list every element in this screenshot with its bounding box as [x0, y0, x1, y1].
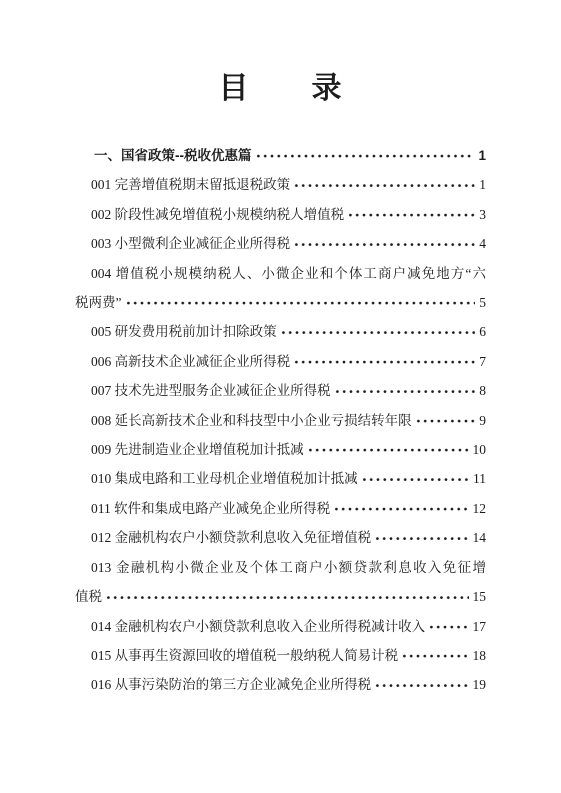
document-page: 目 录 一、国省政策--税收优惠篇 1 001 完善增值税期末留抵退税政策 1 …: [0, 0, 561, 793]
toc-entry[interactable]: 008 延长高新技术企业和科技型中小企业亏损结转年限 9: [75, 406, 486, 435]
toc-entry-text: 010 集成电路和工业母机企业增值税加计抵减: [91, 464, 358, 493]
toc-page-number: 12: [473, 494, 487, 523]
toc-page-number: 5: [479, 288, 486, 317]
toc-entry-text: 006 高新技术企业减征企业所得税: [91, 347, 290, 376]
toc-entry-text: 012 金融机构农户小额贷款利息收入免征增值税: [91, 523, 371, 552]
toc-entry[interactable]: 001 完善增值税期末留抵退税政策 1: [75, 170, 486, 199]
toc-page-number: 7: [479, 347, 486, 376]
toc-entry-line: 008 延长高新技术企业和科技型中小企业亏损结转年限 9: [75, 406, 486, 435]
toc-entry-line: 015 从事再生资源回收的增值税一般纳税人简易计税 18: [75, 641, 486, 670]
toc-page-number: 14: [473, 523, 487, 552]
toc-entry-text: 001 完善增值税期末留抵退税政策: [91, 170, 290, 199]
dot-leader: [401, 641, 468, 670]
dot-leader: [307, 435, 469, 464]
toc-entry-wrapped-line: 004 增值税小规模纳税人、小微企业和个体工商户减免地方“六: [75, 259, 486, 288]
toc-entry[interactable]: 003 小型微利企业减征企业所得税 4: [75, 229, 486, 258]
toc-entry[interactable]: 007 技术先进型服务企业减征企业所得税 8: [75, 376, 486, 405]
toc-entry-line: 002 阶段性减免增值税小规模纳税人增值税 3: [75, 200, 486, 229]
toc-page-number: 1: [478, 141, 486, 170]
toc-entry[interactable]: 015 从事再生资源回收的增值税一般纳税人简易计税 18: [75, 641, 486, 670]
toc-entry-line: 005 研发费用税前加计扣除政策 6: [75, 317, 486, 346]
toc-entry-text: 007 技术先进型服务企业减征企业所得税: [91, 376, 331, 405]
toc-entry-line: 009 先进制造业企业增值税加计抵减 10: [75, 435, 486, 464]
page-title: 目 录: [75, 0, 486, 108]
toc-entry-text: 税两费”: [75, 288, 122, 317]
toc-page-number: 15: [473, 582, 487, 611]
toc-entry[interactable]: 009 先进制造业企业增值税加计抵减 10: [75, 435, 486, 464]
dot-leader: [334, 376, 476, 405]
toc-entry[interactable]: 002 阶段性减免增值税小规模纳税人增值税 3: [75, 200, 486, 229]
toc-entry-line: 006 高新技术企业减征企业所得税 7: [75, 347, 486, 376]
dot-leader: [105, 582, 469, 611]
toc-entry-text: 003 小型微利企业减征企业所得税: [91, 229, 290, 258]
toc-entry-text: 014 金融机构农户小额贷款利息收入企业所得税减计收入: [91, 612, 425, 641]
toc-entry[interactable]: 016 从事污染防治的第三方企业减免企业所得税 19: [75, 670, 486, 699]
toc-entry[interactable]: 005 研发费用税前加计扣除政策 6: [75, 317, 486, 346]
dot-leader: [333, 494, 468, 523]
toc-entry[interactable]: 011 软件和集成电路产业减免企业所得税 12: [75, 494, 486, 523]
dot-leader: [293, 229, 475, 258]
toc-entry-line: 010 集成电路和工业母机企业增值税加计抵减 11: [75, 464, 486, 493]
toc-entry-text: 008 延长高新技术企业和科技型中小企业亏损结转年限: [91, 406, 412, 435]
toc-entry-text: 009 先进制造业企业增值税加计抵减: [91, 435, 304, 464]
toc-entry[interactable]: 012 金融机构农户小额贷款利息收入免征增值税 14: [75, 523, 486, 552]
dot-leader: [280, 317, 476, 346]
toc-entry-line: 003 小型微利企业减征企业所得税 4: [75, 229, 486, 258]
dot-leader: [374, 523, 468, 552]
dot-leader: [347, 200, 475, 229]
toc-entry[interactable]: 010 集成电路和工业母机企业增值税加计抵减 11: [75, 464, 486, 493]
toc-entry-line: 值税 15: [75, 582, 486, 611]
toc-entry-line: 007 技术先进型服务企业减征企业所得税 8: [75, 376, 486, 405]
toc-entry[interactable]: 004 增值税小规模纳税人、小微企业和个体工商户减免地方“六 税两费” 5: [75, 259, 486, 318]
toc-entry-text: 016 从事污染防治的第三方企业减免企业所得税: [91, 670, 371, 699]
toc-list: 一、国省政策--税收优惠篇 1 001 完善增值税期末留抵退税政策 1 002 …: [75, 141, 486, 700]
toc-page-number: 17: [473, 612, 487, 641]
toc-entry-line: 011 软件和集成电路产业减免企业所得税 12: [75, 494, 486, 523]
toc-entry-text: 011 软件和集成电路产业减免企业所得税: [91, 494, 330, 523]
toc-entry-text: 002 阶段性减免增值税小规模纳税人增值税: [91, 200, 344, 229]
toc-entry-text: 一、国省政策--税收优惠篇: [94, 141, 252, 170]
toc-entry-text: 015 从事再生资源回收的增值税一般纳税人简易计税: [91, 641, 398, 670]
toc-entry-text: 005 研发费用税前加计扣除政策: [91, 317, 277, 346]
toc-page-number: 1: [479, 170, 486, 199]
dot-leader: [428, 612, 468, 641]
toc-page-number: 19: [473, 670, 487, 699]
toc-page-number: 4: [479, 229, 486, 258]
toc-entry-line: 001 完善增值税期末留抵退税政策 1: [75, 170, 486, 199]
toc-entry-line: 税两费” 5: [75, 288, 486, 317]
toc-entry-wrapped-line: 013 金融机构小微企业及个体工商户小额贷款利息收入免征增: [75, 553, 486, 582]
toc-page-number: 9: [479, 406, 486, 435]
toc-entry[interactable]: 一、国省政策--税收优惠篇 1: [75, 141, 486, 170]
toc-page-number: 3: [479, 200, 486, 229]
dot-leader: [255, 141, 475, 170]
toc-entry-line: 016 从事污染防治的第三方企业减免企业所得税 19: [75, 670, 486, 699]
dot-leader: [293, 170, 475, 199]
toc-page-number: 11: [473, 464, 486, 493]
dot-leader: [361, 464, 469, 493]
dot-leader: [293, 347, 475, 376]
toc-entry-line: 012 金融机构农户小额贷款利息收入免征增值税 14: [75, 523, 486, 552]
toc-page-number: 18: [473, 641, 487, 670]
toc-page-number: 10: [473, 435, 487, 464]
toc-page-number: 8: [479, 376, 486, 405]
toc-entry-line: 014 金融机构农户小额贷款利息收入企业所得税减计收入 17: [75, 612, 486, 641]
toc-entry[interactable]: 006 高新技术企业减征企业所得税 7: [75, 347, 486, 376]
dot-leader: [374, 670, 468, 699]
toc-entry-line: 一、国省政策--税收优惠篇 1: [75, 141, 486, 170]
toc-entry[interactable]: 014 金融机构农户小额贷款利息收入企业所得税减计收入 17: [75, 612, 486, 641]
toc-entry[interactable]: 013 金融机构小微企业及个体工商户小额贷款利息收入免征增 值税 15: [75, 553, 486, 612]
dot-leader: [125, 288, 476, 317]
toc-entry-text: 值税: [75, 582, 102, 611]
dot-leader: [415, 406, 476, 435]
toc-page-number: 6: [479, 317, 486, 346]
